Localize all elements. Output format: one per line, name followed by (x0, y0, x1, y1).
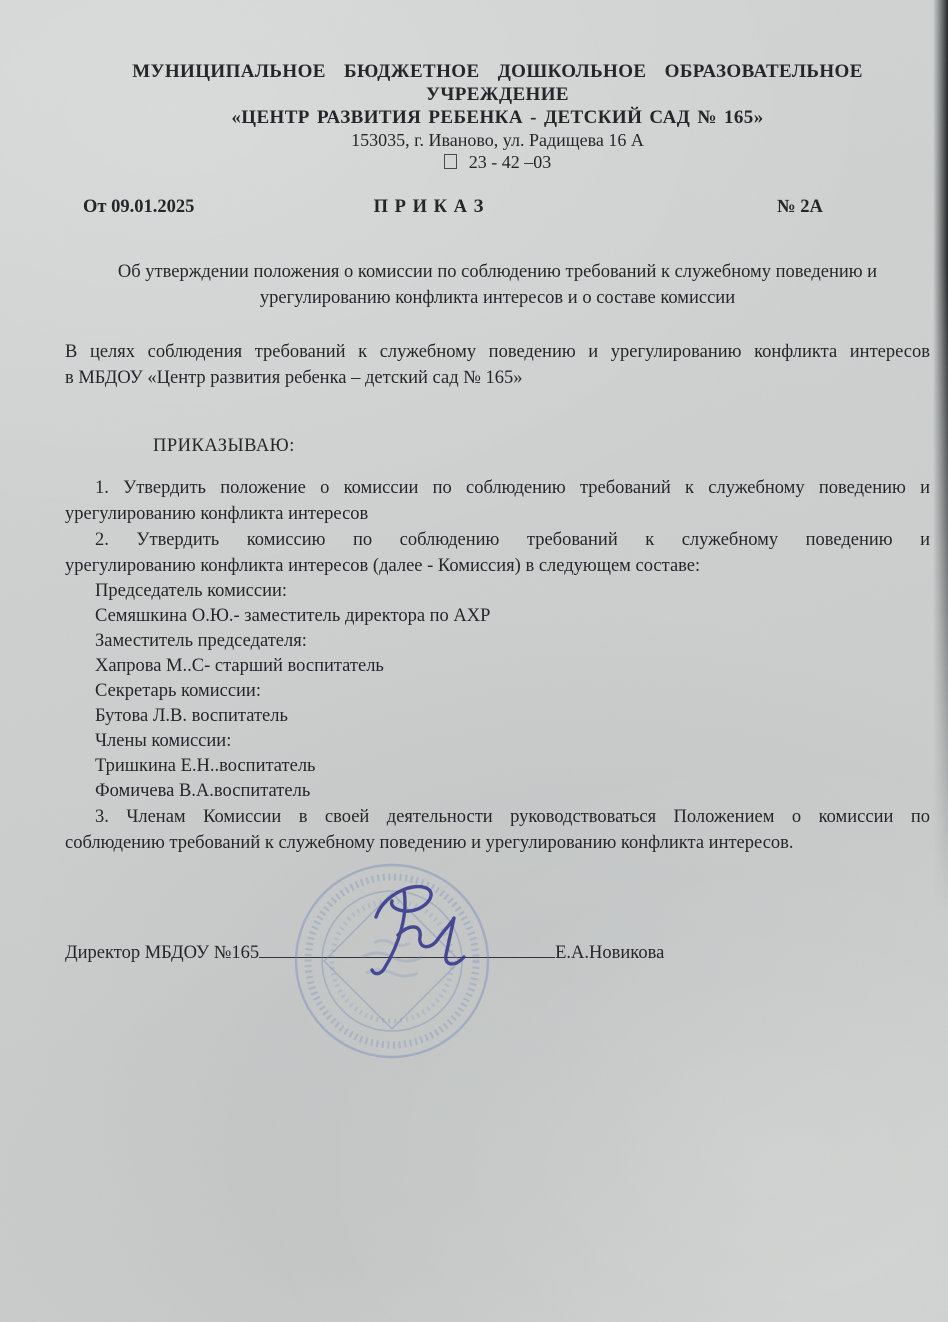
order-item-2-line1: 2. Утвердить комиссию по соблюдению треб… (65, 527, 930, 553)
order-title: П Р И К А З (313, 197, 545, 218)
document-content: МУНИЦИПАЛЬНОЕ БЮДЖЕТНОЕ ДОШКОЛЬНОЕ ОБРАЗ… (65, 0, 930, 856)
decree-word: ПРИКАЗЫВАЮ: (65, 433, 930, 459)
order-preamble-line2: в МБДОУ «Центр развития ребенка – детски… (65, 365, 930, 391)
order-preamble: В целях соблюдения требований к служебно… (65, 339, 930, 391)
order-item-2-line2: урегулированию конфликта интересов (дале… (65, 553, 930, 579)
document-page: МУНИЦИПАЛЬНОЕ БЮДЖЕТНОЕ ДОШКОЛЬНОЕ ОБРАЗ… (0, 0, 948, 1322)
signature-row: Директор МБДОУ №165Е.А.Новикова (65, 940, 930, 965)
order-date: От 09.01.2025 (83, 197, 194, 218)
phone-number: 23 - 42 –03 (469, 152, 552, 172)
order-subject-line2: урегулированию конфликта интересов и о с… (65, 285, 930, 311)
commission-member-2: Фомичева В.А.воспитатель (65, 779, 930, 804)
organization-name-line1: МУНИЦИПАЛЬНОЕ БЮДЖЕТНОЕ ДОШКОЛЬНОЕ ОБРАЗ… (65, 60, 930, 106)
order-item-3: 3. Членам Комиссии в своей деятельности … (65, 804, 930, 856)
signature-line (259, 940, 555, 958)
signature-scribble (338, 868, 488, 990)
order-title-row: От 09.01.2025 П Р И К А З № 2А (65, 197, 930, 223)
order-item-1-line2: урегулированию конфликта интересов (65, 501, 930, 527)
commission-role-members: Члены комиссии: (65, 729, 930, 754)
commission-member-1: Тришкина Е.Н..воспитатель (65, 754, 930, 779)
commission-role-chair: Председатель комиссии: (65, 579, 930, 604)
order-preamble-line1: В целях соблюдения требований к служебно… (65, 339, 930, 365)
commission-role-deputy: Заместитель председателя: (65, 629, 930, 654)
commission-member-deputy: Хапрова М..С- старший воспитатель (65, 654, 930, 679)
order-item-1-line1: 1. Утвердить положение о комиссии по соб… (65, 475, 930, 501)
photo-edge-shadow (933, 0, 948, 940)
order-item-1: 1. Утвердить положение о комиссии по соб… (65, 475, 930, 527)
order-subject-line1: Об утверждении положения о комиссии по с… (65, 259, 930, 285)
order-subject: Об утверждении положения о комиссии по с… (65, 259, 930, 311)
order-number: № 2А (777, 197, 823, 218)
organization-phone-line: 23 - 42 –03 (65, 151, 930, 173)
commission-role-secretary: Секретарь комиссии: (65, 679, 930, 704)
commission-list: Председатель комиссии: Семяшкина О.Ю.- з… (65, 579, 930, 804)
commission-member-secretary: Бутова Л.В. воспитатель (65, 704, 930, 729)
signatory-position: Директор МБДОУ №165 (65, 941, 259, 965)
order-item-3-line1: 3. Членам Комиссии в своей деятельности … (65, 804, 930, 830)
signatory-name: Е.А.Новикова (555, 941, 664, 965)
organization-address: 153035, г. Иваново, ул. Радищева 16 А (65, 129, 930, 151)
commission-member-chair: Семяшкина О.Ю.- заместитель директора по… (65, 604, 930, 629)
order-item-3-line2: соблюдению требований к служебному повед… (65, 830, 930, 856)
order-item-2: 2. Утвердить комиссию по соблюдению треб… (65, 527, 930, 579)
phone-icon (444, 154, 457, 169)
letterhead: МУНИЦИПАЛЬНОЕ БЮДЖЕТНОЕ ДОШКОЛЬНОЕ ОБРАЗ… (65, 0, 930, 173)
organization-name-line2: «ЦЕНТР РАЗВИТИЯ РЕБЕНКА - ДЕТСКИЙ САД № … (65, 106, 930, 129)
